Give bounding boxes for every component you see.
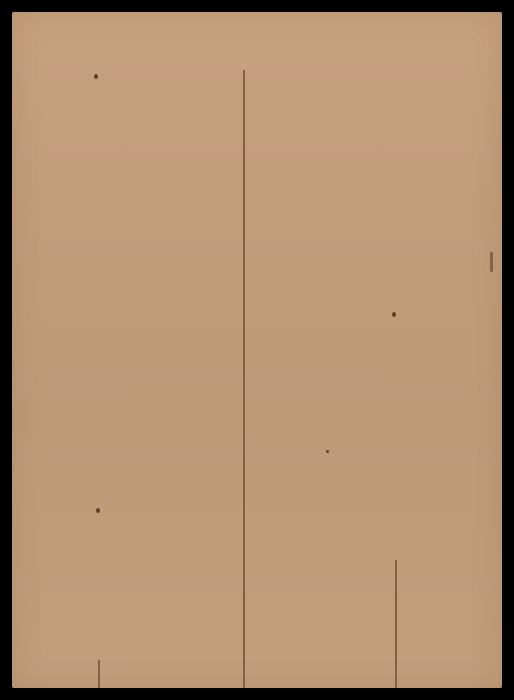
ruled-line-center xyxy=(243,70,245,688)
ink-spot xyxy=(94,74,98,79)
ruled-line-right xyxy=(395,560,397,688)
paper-sheet xyxy=(12,12,502,688)
ink-spot xyxy=(490,252,493,272)
ink-spot xyxy=(326,450,329,453)
ruled-line-left xyxy=(98,660,100,688)
ink-spot xyxy=(392,312,396,317)
ink-spot xyxy=(96,508,100,513)
